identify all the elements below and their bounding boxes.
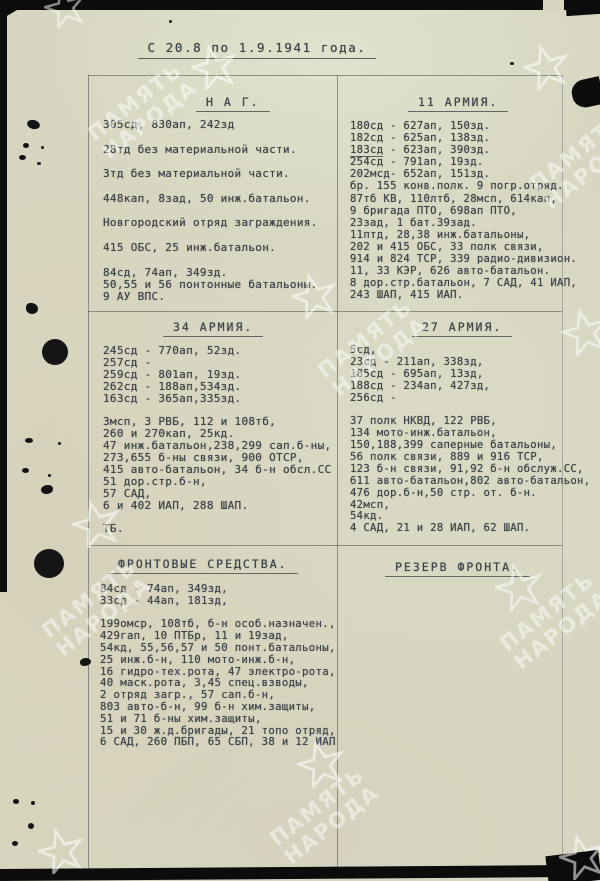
ink-speck [169,20,172,23]
doc-line: 9 АУ ВПС. [103,291,318,303]
table-divider-row1 [88,311,562,312]
doc-line [103,180,318,192]
doc-line: 11, 33 КЭР, 626 авто-батальон. [350,265,577,277]
doc-line: 11птд, 28,38 инж.батальоны, [350,229,577,241]
doc-line: 415 авто-батальон, 34 б-н обсл.СС [103,464,331,476]
ink-speck [510,62,514,65]
watermark-text: ПАМЯТЬНАРОДА [496,568,600,674]
doc-line: 611 авто-батальон,802 авто-батальон, [350,476,590,488]
doc-line: 182сд - 625ап, 138зд. [350,132,577,144]
doc-line: 259сд - 801ап, 19зд. [103,369,331,381]
doc-line [103,511,331,523]
ink-speck [80,658,91,666]
doc-line: 254сд - 791ап, 19зд. [350,156,577,168]
watermark-text: ПАМЯТЬНАРОДА [266,763,384,869]
doc-line: 257сд - [103,357,331,369]
doc-line: 185сд - 695ап, 13зд, [350,369,590,381]
scan-edge-top [0,0,600,10]
doc-line: 256сд - [350,393,590,405]
doc-line: 243 ШАП, 415 ИАП. [350,289,577,301]
scan-edge-left [0,0,7,592]
doc-line: 803 авто-б-н, 99 б-н хим.защиты, [100,701,336,713]
ink-speck [12,841,18,846]
doc-line: 476 дор.б-н,50 стр. от. б-н. [350,488,590,500]
ink-speck [31,801,35,805]
scan-corner-top-right [566,0,600,16]
doc-line: 23сд - 211ап, 338зд, [350,357,590,369]
table-divider-vertical [337,75,338,869]
section-title-front-reserve: РЕЗЕРВ ФРОНТА. [385,560,530,577]
ink-speck [25,438,33,443]
section-title-army11: 11 АРМИЯ. [408,95,508,112]
doc-line [103,254,318,266]
doc-line: 3тд без материальной части. [103,168,318,180]
doc-line: 9 бригада ПТО, 698ап ПТО, [350,205,577,217]
doc-line: 180сд - 627ап, 150зд. [350,120,577,132]
doc-line: 25 инж.б-н, 110 мото-инж.б-н, [100,654,336,666]
doc-line: 28тд без материальной части. [103,144,318,156]
doc-line [103,131,318,143]
punch-hole [34,549,64,578]
doc-line: 51 и 71 б-ны хим.защиты, [100,713,336,725]
table-border-top [88,75,562,76]
star-icon [38,828,84,874]
scan-corner-bottom-right [545,850,600,881]
ink-speck [41,485,53,494]
doc-line: 202 и 415 ОБС, 33 полк связи, [350,241,577,253]
table-border-left [88,75,89,869]
ink-speck [37,162,41,165]
doc-line: Новгородский отряд заграждения. [103,217,318,229]
doc-line: 415 ОБС, 25 инж.батальон. [103,242,318,254]
doc-line: 6 САД, 260 ПБП, 65 СБП, 38 и 12 ИАП [100,736,336,748]
doc-line: бр. 155 конв.полк. 9 погр.отряд. [350,180,577,192]
scan-edge-notch [543,0,564,11]
scan-edge-bottom [0,865,600,881]
ink-speck [26,118,41,130]
section-lines-army34: 245сд - 770ап, 52зд.257сд -259сд - 801ап… [103,345,331,535]
section-title-army27: 27 АРМИЯ. [412,320,512,337]
doc-line: 23зад, 1 бат.39зад. [350,217,577,229]
doc-line: 183сд - 623ап, 390зд. [350,144,577,156]
doc-line: ТБ. [103,523,331,535]
section-title-nag: Н А Г. [196,95,270,112]
ink-speck [13,799,19,804]
doc-line: 33сд - 44ап, 181зд, [100,595,336,607]
ink-speck [48,474,51,477]
doc-line: 42мсп, [350,500,590,512]
section-title-front-assets: ФРОНТОВЫЕ СРЕДСТВА. [108,557,298,574]
doc-line: 57 САД, [103,488,331,500]
section-lines-army27: 5сд,23сд - 211ап, 338зд,185сд - 695ап, 1… [350,345,590,535]
scan-tear-right [569,76,600,110]
doc-line: 6 и 402 ИАП, 288 ШАП. [103,500,331,512]
section-title-army34: 34 АРМИЯ. [163,320,263,337]
table-divider-row2 [88,545,562,546]
ink-speck [28,823,34,829]
ink-speck [22,468,29,473]
doc-line: 87тб КВ, 110лтб, 28мсп, 614кап, [350,193,577,205]
doc-line: 262сд - 188ап,534зд. [103,381,331,393]
doc-line: 54кд, 55,56,57 и 50 понт.батальоны, [100,642,336,654]
doc-line: 202мсд- 652ап, 151зд. [350,168,577,180]
ink-speck [19,155,26,160]
section-lines-front-assets: 84сд - 74ап, 349зд,33сд - 44ап, 181зд, 1… [100,583,336,748]
page-title: С 20.8 по 1.9.1941 года. [138,40,376,59]
ink-speck [41,146,44,149]
ink-speck [23,143,29,148]
section-lines-nag: 305сд, 830ап, 242зд 28тд без материально… [103,119,318,303]
ink-speck [58,442,61,445]
doc-line: 123 б-н связи, 91,92 б-н обслуж.СС, [350,464,590,476]
doc-line: 84сд, 74ап, 349зд. [103,267,318,279]
doc-line: 51 дор.стр.б-н, [103,476,331,488]
doc-line: 448кап, 8зад, 50 инж.батальон. [103,193,318,205]
doc-line: 4 САД, 21 и 28 ИАП, 62 ШАП. [350,523,590,535]
section-lines-army11: 180сд - 627ап, 150зд.182сд - 625ап, 138з… [350,120,577,301]
ink-speck [26,303,38,314]
document-page: С 20.8 по 1.9.1941 года. Н А Г. 305сд, 8… [0,0,600,881]
punch-hole [42,339,68,365]
doc-line: 8 дор.стр.батальон, 7 САД, 41 ИАП, [350,277,577,289]
doc-line: 188сд - 234ап, 427зд, [350,381,590,393]
doc-line: 914 и 824 ТСР, 339 радио-дивизион. [350,253,577,265]
doc-line: 305сд, 830ап, 242зд [103,119,318,131]
doc-line: 163сд - 365ап,335зд. [103,393,331,405]
